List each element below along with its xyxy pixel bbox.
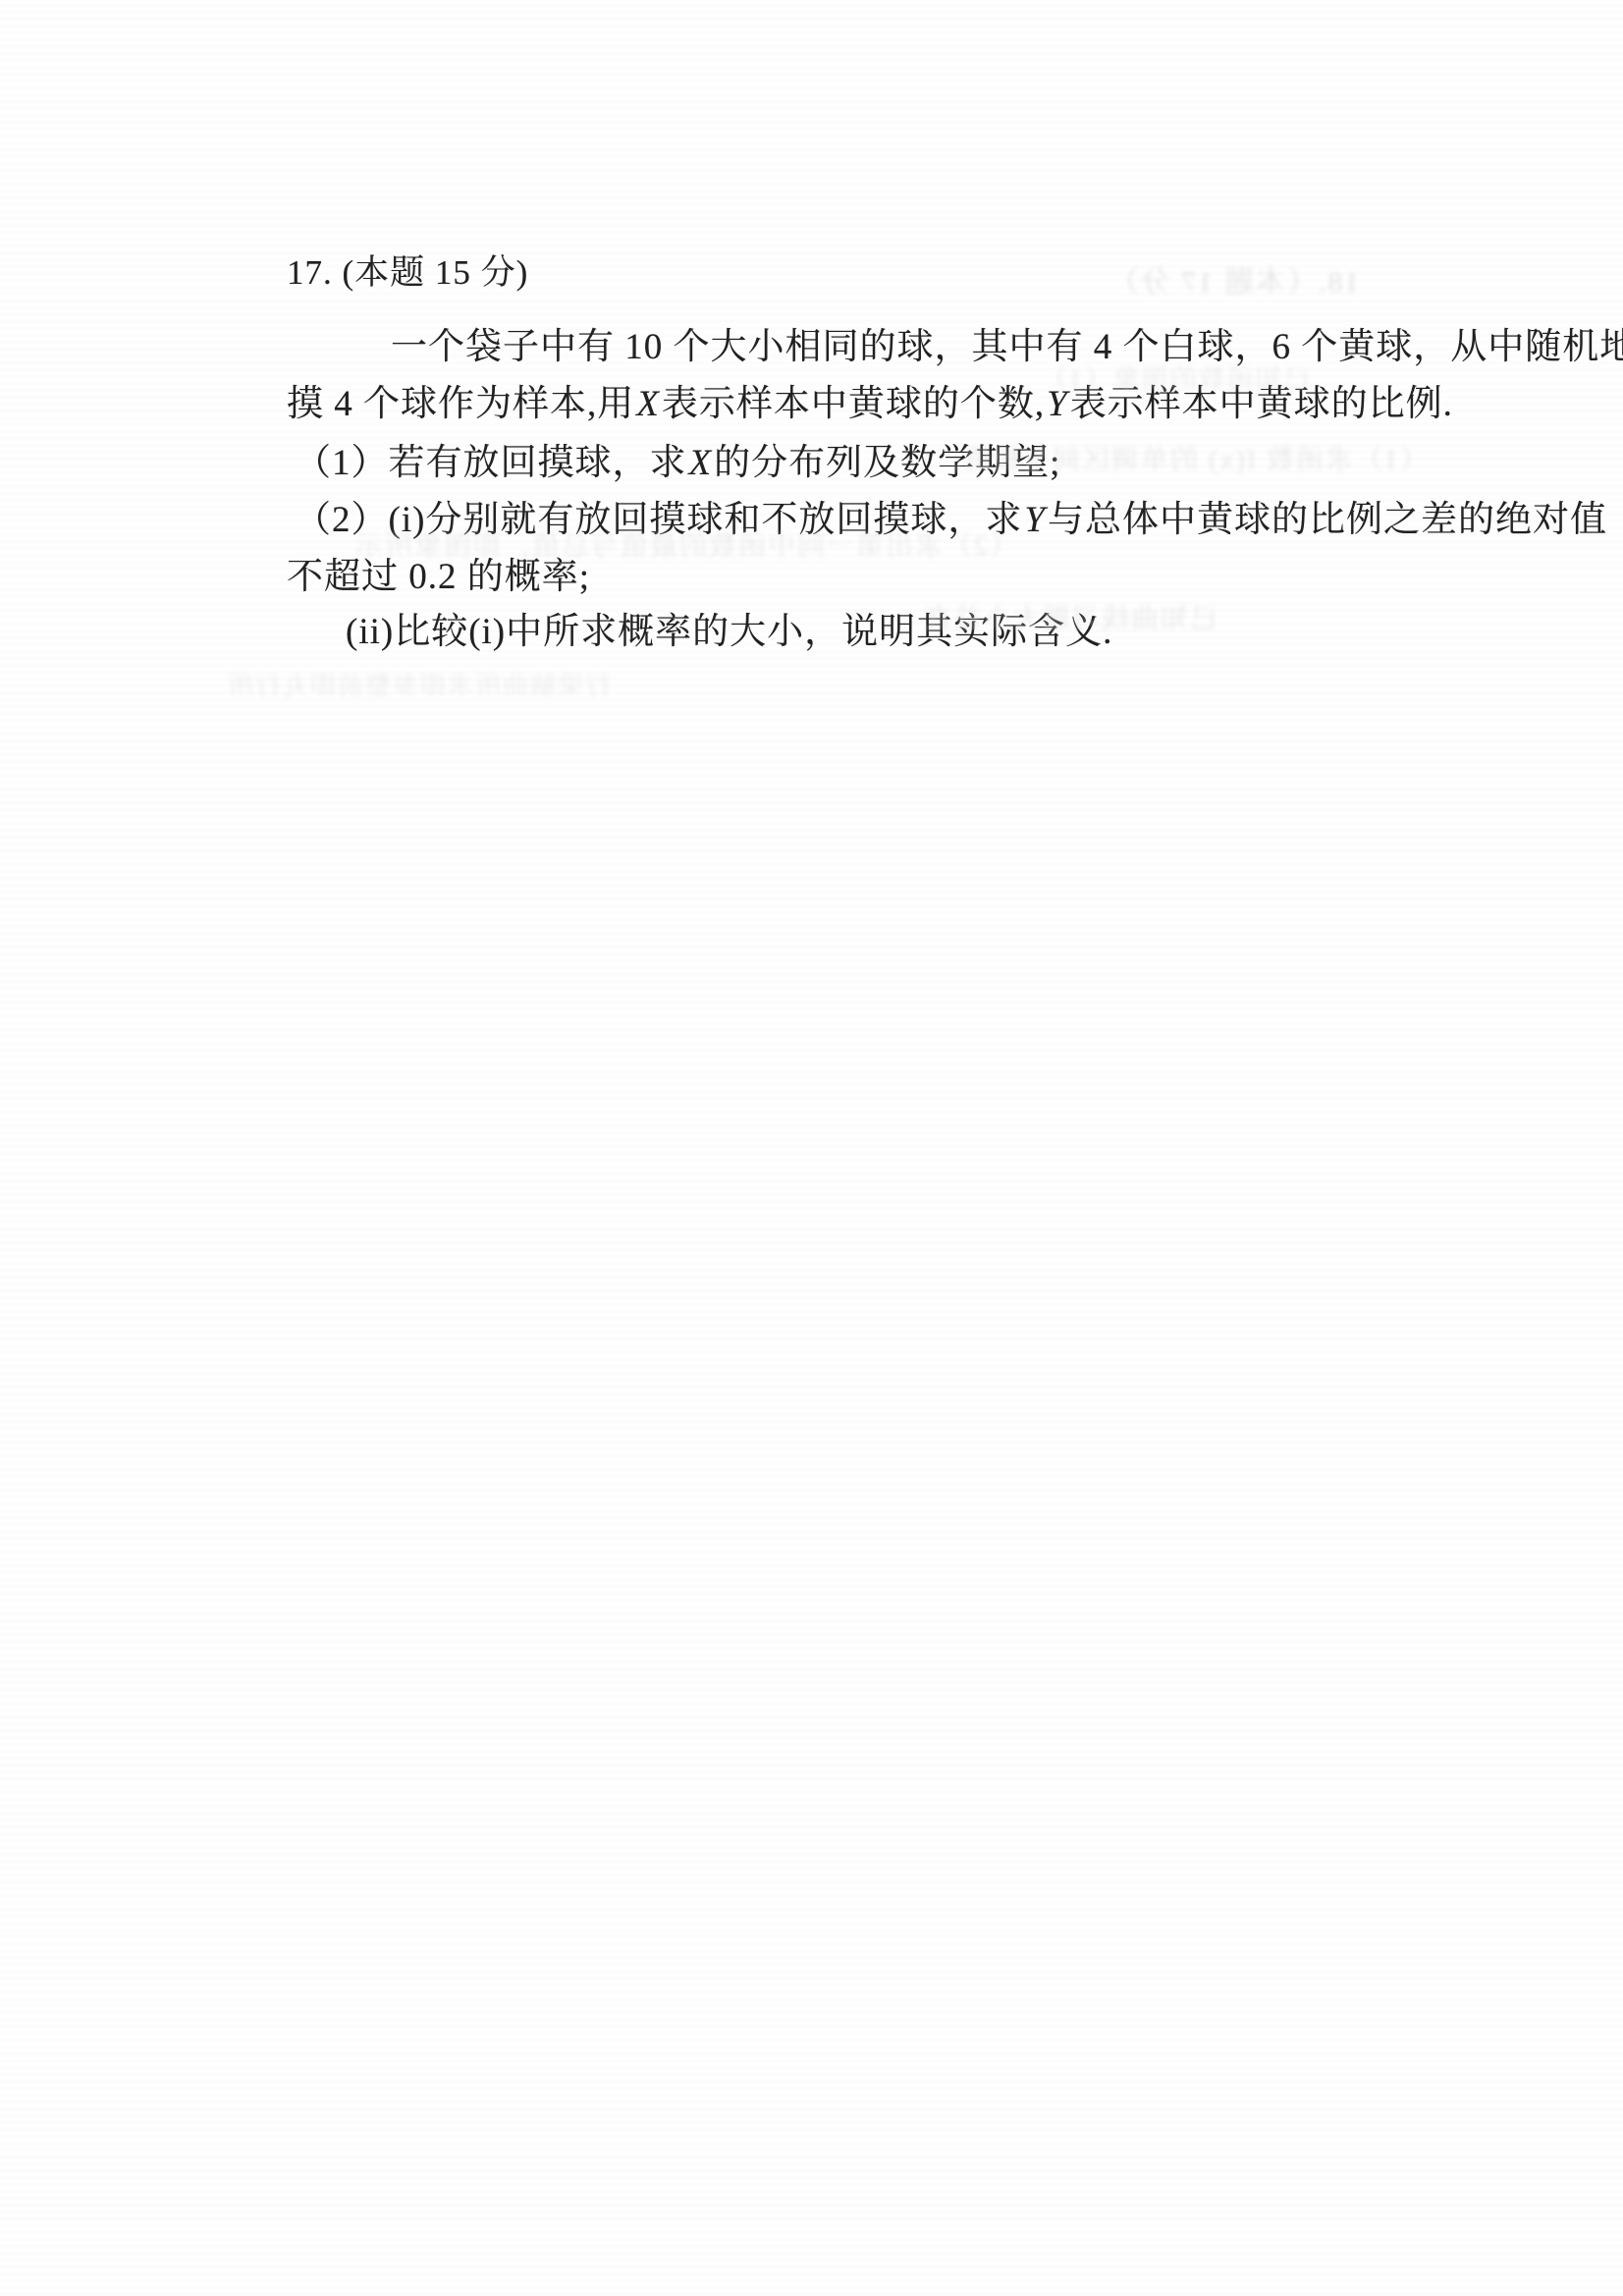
variable-x: X <box>687 443 715 483</box>
bleedthrough-text: 已知函数的图象（1） <box>1039 357 1311 396</box>
text-segment: （1）若有放回摸球，求 <box>295 443 687 483</box>
bleedthrough-text: （1）求函数 f(x) 的单调区间与极值， <box>933 438 1428 477</box>
problem-intro-line1: 一个袋子中有 10 个大小相同的球，其中有 4 个白球，6 个黄球，从中随机地 <box>391 316 1623 369</box>
bleedthrough-text: （2）求出第一问中函数的最值与总值，即图象所示 <box>353 524 1017 564</box>
problem-number-heading: 17. (本题 15 分) <box>287 246 528 295</box>
bleedthrough-text: 18.（本题 17 分） <box>1108 257 1360 301</box>
bleedthrough-text: 行梁脑曲所求即参整前即丸行所 <box>226 666 611 702</box>
text-segment: 摸 4 个球作为样本,用 <box>287 384 634 424</box>
bleedthrough-text: 已知曲线习题大小益直 <box>923 597 1217 636</box>
scanned-exam-page: 17. (本题 15 分) 一个袋子中有 10 个大小相同的球，其中有 4 个白… <box>0 0 1623 2296</box>
text-segment: 与总体中黄球的比例之差的绝对值 <box>1048 500 1607 540</box>
variable-x: X <box>634 384 662 424</box>
variable-y: Y <box>1022 500 1048 540</box>
text-segment: 表示样本中黄球的个数, <box>662 384 1045 424</box>
